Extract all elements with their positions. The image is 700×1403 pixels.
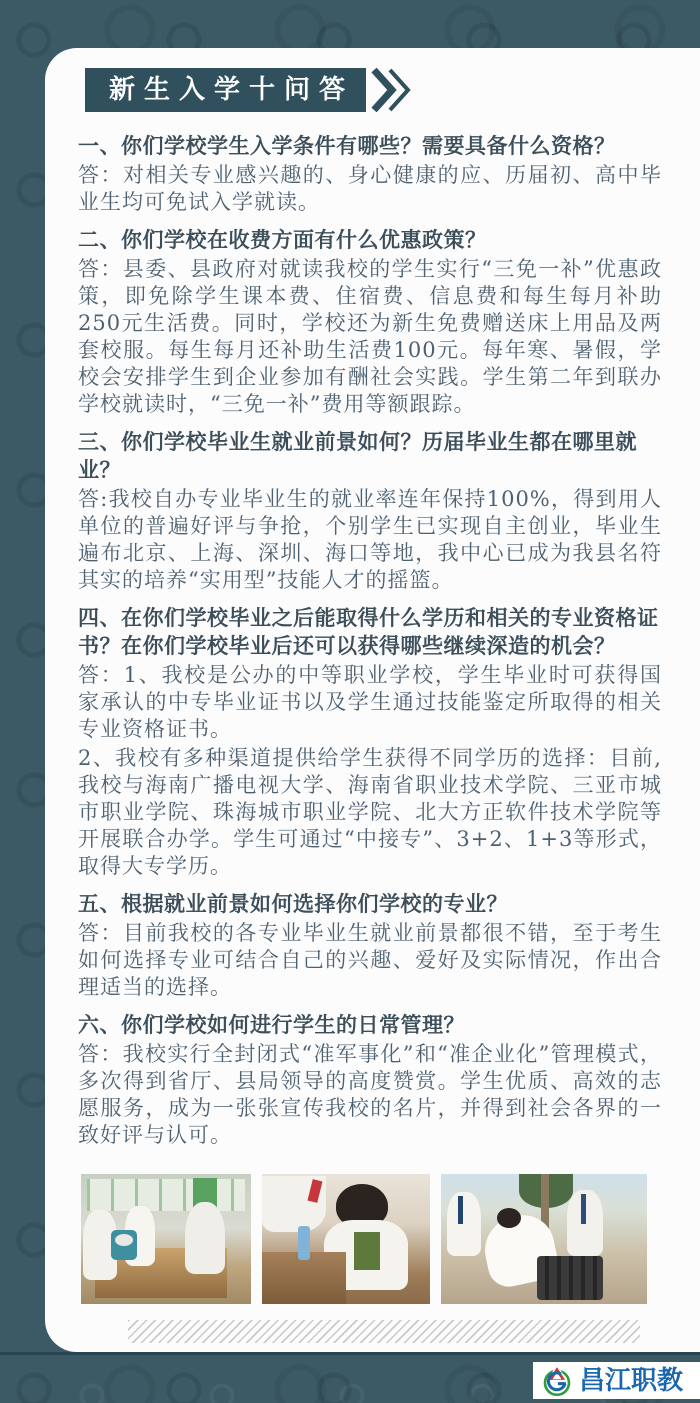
qa-item-2: 二、你们学校在收费方面有什么优惠政策？ 答：县委、县政府对就读我校的学生实行“三… (78, 226, 662, 418)
photo-shape (115, 1234, 133, 1246)
answer-1: 答：对相关专业感兴趣的、身心健康的应、历届初、高中毕业生均可免试入学就读。 (78, 162, 662, 216)
qa-list: 一、你们学校学生入学条件有哪些？需要具备什么资格？ 答：对相关专业感兴趣的、身心… (78, 132, 662, 1149)
footer-logo-text: 昌江职教 (579, 1368, 683, 1394)
handicraft-activity-photo (262, 1174, 430, 1304)
enrollment-faq-poster: { "banner": { "title": "新生入学十问答" }, "qa"… (0, 0, 700, 1403)
question-2: 二、你们学校在收费方面有什么优惠政策？ (78, 226, 662, 254)
card-bottom-edge (0, 1352, 700, 1355)
photo-shape (354, 1232, 380, 1270)
question-4: 四、在你们学校毕业之后能取得什么学历和相关的专业资格证书？在你们学校毕业后还可以… (78, 604, 662, 660)
cooking-class-photo (81, 1174, 251, 1304)
qa-item-5: 五、根据就业前景如何选择你们学校的专业？ 答：目前我校的各专业毕业生就业前景都很… (78, 890, 662, 1001)
qa-item-1: 一、你们学校学生入学条件有哪些？需要具备什么资格？ 答：对相关专业感兴趣的、身心… (78, 132, 662, 216)
photo-shape (458, 1196, 463, 1224)
answer-6: 答：我校实行全封闭式“准军事化”和“准企业化”管理模式，多次得到省厅、县局领导的… (78, 1041, 662, 1149)
photo-shape (497, 1208, 521, 1228)
photo-shape (581, 1194, 586, 1224)
photo-shape (447, 1192, 481, 1256)
photo-shape (298, 1226, 310, 1260)
school-logo-icon (541, 1365, 573, 1397)
diagonal-hatch-decoration (128, 1320, 640, 1343)
question-1: 一、你们学校学生入学条件有哪些？需要具备什么资格？ (78, 132, 662, 160)
engine-repair-photo (441, 1174, 647, 1304)
answer-5: 答：目前我校的各专业毕业生就业前景都很不错，至于考生如何选择专业可结合自己的兴趣… (78, 920, 662, 1001)
qa-item-6: 六、你们学校如何进行学生的日常管理？ 答：我校实行全封闭式“准军事化”和“准企业… (78, 1011, 662, 1149)
chevron-right-icon (370, 68, 416, 112)
question-6: 六、你们学校如何进行学生的日常管理？ (78, 1011, 662, 1039)
page-title: 新生入学十问答 (85, 68, 366, 112)
photo-shape (537, 1256, 603, 1300)
question-5: 五、根据就业前景如何选择你们学校的专业？ (78, 890, 662, 918)
answer-2: 答：县委、县政府对就读我校的学生实行“三免一补”优惠政策，即免除学生课本费、住宿… (78, 256, 662, 418)
qa-item-4: 四、在你们学校毕业之后能取得什么学历和相关的专业资格证书？在你们学校毕业后还可以… (78, 604, 662, 880)
title-banner-row: 新生入学十问答 (85, 68, 662, 112)
answer-4-part-1: 答：1、我校是公办的中等职业学校，学生毕业时可获得国家承认的中专毕业证书以及学生… (78, 662, 662, 743)
answer-4-part-2: 2、我校有多种渠道提供给学生获得不同学历的选择：目前,我校与海南广播电视大学、海… (78, 745, 662, 880)
photo-shape (185, 1202, 225, 1274)
footer-logo: 昌江职教 (533, 1362, 700, 1399)
answer-3: 答:我校自办专业毕业生的就业率连年保持100%，得到用人单位的普遍好评与争抢，个… (78, 486, 662, 594)
qa-item-3: 三、你们学校毕业生就业前景如何？历届毕业生都在哪里就业？ 答:我校自办专业毕业生… (78, 428, 662, 594)
content-card: 新生入学十问答 一、你们学校学生入学条件有哪些？需要具备什么资格？ 答：对相关专… (45, 48, 700, 1352)
photo-strip (81, 1174, 647, 1304)
photo-shape (87, 1179, 245, 1211)
question-3: 三、你们学校毕业生就业前景如何？历届毕业生都在哪里就业？ (78, 428, 662, 484)
